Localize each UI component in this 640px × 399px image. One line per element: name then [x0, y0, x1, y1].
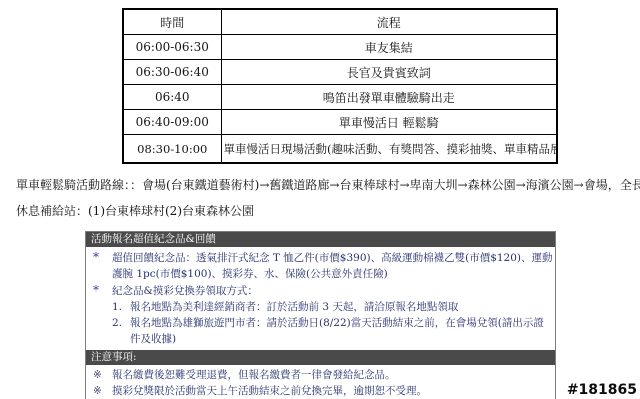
asterisk-bullet-icon: * [93, 282, 112, 298]
activity-cell: 車友集結 [221, 35, 557, 60]
notes-section-header: 注意事項: [86, 350, 555, 365]
activity-cell: 單車慢活日現場活動(趣味活動、有獎問答、摸彩抽獎、單車精品展等) [221, 135, 557, 164]
column-header-time: 時間 [123, 9, 221, 35]
list-number: 1. [112, 299, 130, 315]
activity-cell: 長官及貴賓致詞 [221, 60, 557, 85]
table-row: 06:40 鳴笛出發單車體驗騎出走 [123, 85, 557, 110]
activity-cell: 鳴笛出發單車體驗騎出走 [221, 85, 557, 110]
pickup-item-text: 報名地點為美利達經銷商者：訂於活動前 3 天起，請洽原報名地點領取 [130, 301, 458, 313]
note-text: 報名繳費後恕難受理退費，但報名繳費者一律會發給紀念品。 [112, 369, 396, 381]
gift-item-line: *超值回饋紀念品：透氣排汗式紀念 T 恤乙件(市價$390)、高級運動棉襪乙雙(… [93, 249, 552, 266]
schedule-table: 時間 流程 06:00-06:30 車友集結 06:30-06:40 長官及貴賓… [122, 8, 558, 164]
reference-mark-icon: ※ [93, 383, 112, 399]
gift-item-text: 超值回饋紀念品：透氣排汗式紀念 T 恤乙件(市價$390)、高級運動棉襪乙雙(市… [112, 252, 552, 264]
time-cell: 06:40-09:00 [123, 110, 221, 135]
gift-section-header: 活動報名超值紀念品&回饋 [86, 232, 555, 247]
column-header-activity: 流程 [221, 9, 557, 35]
note-line: ※摸彩兌獎限於活動當天上午活動結束之前兌換完畢，逾期恕不受理。 [93, 383, 552, 399]
gift-section-content: *超值回饋紀念品：透氣排汗式紀念 T 恤乙件(市價$390)、高級運動棉襪乙雙(… [86, 247, 555, 350]
route-description: 單車輕鬆騎活動路線：：會場(台東鐵道藝術村)→舊鐵道路廊→台東棒球村→卑南大圳→… [16, 176, 640, 193]
list-number: 2. [112, 315, 130, 331]
activity-cell: 單車慢活日 輕鬆騎 [221, 110, 557, 135]
forum-watermark: #181865 [567, 382, 637, 398]
gift-item-text: 紀念品&摸彩兌換券領取方式： [112, 285, 258, 297]
note-line: ※報名繳費後恕難受理退費，但報名繳費者一律會發給紀念品。 [93, 367, 552, 383]
time-cell: 06:30-06:40 [123, 60, 221, 85]
pickup-list-item: 1.報名地點為美利達經銷商者：訂於活動前 3 天起，請洽原報名地點領取 [93, 299, 552, 315]
pickup-list-item: 2.報名地點為雄獅旅遊門市者：請於活動日(8/22)當天活動結束之前，在會場兌領… [93, 315, 552, 331]
time-cell: 06:00-06:30 [123, 35, 221, 60]
table-header-row: 時間 流程 [123, 9, 557, 35]
rest-stations-line: 休息補給站：(1)台東棒球村(2)台東森林公園 [16, 202, 254, 219]
table-row: 06:40-09:00 單車慢活日 輕鬆騎 [123, 110, 557, 135]
notes-section-content: ※報名繳費後恕難受理退費，但報名繳費者一律會發給紀念品。 ※摸彩兌獎限於活動當天… [86, 365, 555, 399]
note-text: 摸彩兌獎限於活動當天上午活動結束之前兌換完畢，逾期恕不受理。 [112, 385, 427, 397]
time-cell: 06:40 [123, 85, 221, 110]
pickup-item-text: 件及收據) [130, 333, 176, 345]
reference-mark-icon: ※ [93, 367, 112, 383]
pickup-item-text: 報名地點為雄獅旅遊門市者：請於活動日(8/22)當天活動結束之前，在會場兌領(請… [130, 317, 544, 329]
table-row: 06:00-06:30 車友集結 [123, 35, 557, 60]
pickup-list-continuation: 件及收據) [93, 331, 552, 347]
asterisk-bullet-icon: * [93, 249, 112, 265]
table-row: 08:30-10:00 單車慢活日現場活動(趣味活動、有獎問答、摸彩抽獎、單車精… [123, 135, 557, 164]
gift-item-text: 護腕 1pc(市價$100)、摸彩券、水、保險(公共意外責任險) [112, 268, 388, 280]
table-row: 06:30-06:40 長官及貴賓致詞 [123, 60, 557, 85]
registration-gift-box: 活動報名超值紀念品&回饋 *超值回饋紀念品：透氣排汗式紀念 T 恤乙件(市價$3… [85, 231, 556, 399]
gift-item-line: *紀念品&摸彩兌換券領取方式： [93, 282, 552, 299]
time-cell: 08:30-10:00 [123, 135, 221, 164]
gift-item-line: 護腕 1pc(市價$100)、摸彩券、水、保險(公共意外責任險) [93, 266, 552, 282]
